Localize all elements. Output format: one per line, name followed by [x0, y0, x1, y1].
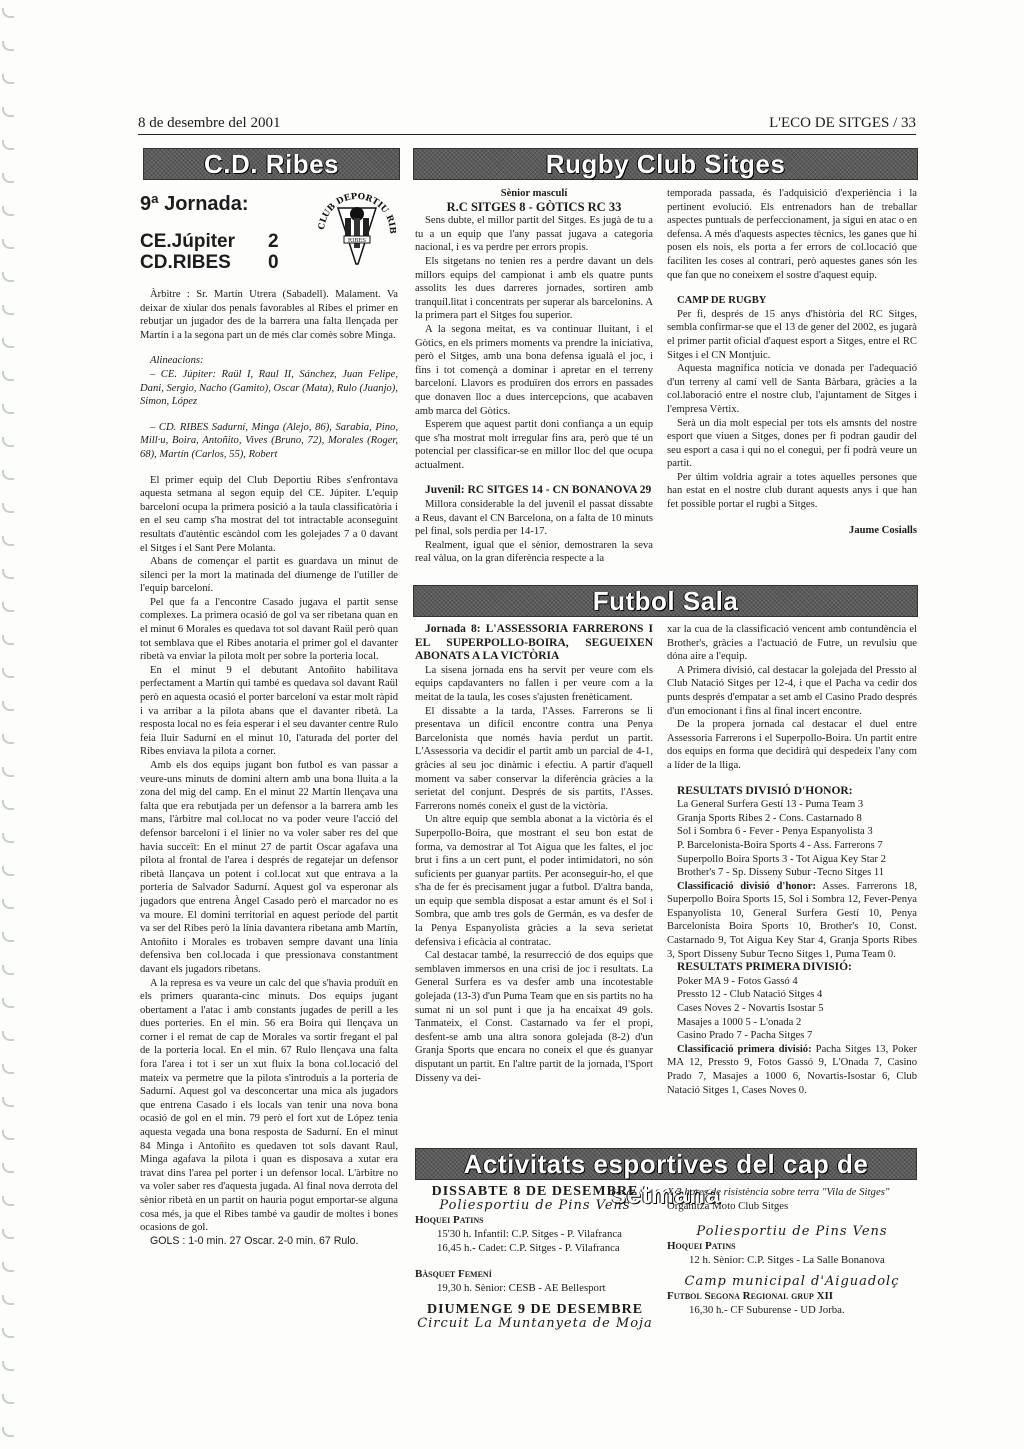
binder-hole [2, 41, 14, 51]
rugby-column-1: Sènior masculí R.C SITGES 8 - GÒTICS RC … [415, 187, 653, 566]
binder-hole [2, 239, 14, 249]
binder-hole [2, 635, 14, 645]
binder-hole [2, 833, 14, 843]
binder-hole [2, 569, 14, 579]
article-paragraph: Realment, igual que el sènior, demostrar… [415, 539, 653, 566]
result-line: Sol i Sombra 6 - Fever - Penya Espanyoli… [667, 825, 917, 839]
result-line: Granja Sports Ribes 2 - Cons. Castarnado… [667, 812, 917, 826]
article-paragraph: Per fi, després de 15 anys d'història de… [667, 308, 917, 362]
binder-hole [2, 668, 14, 678]
sport-label: Futbol Segona Regional grup XII [667, 1289, 917, 1303]
article-paragraph: Sens dubte, el millor partit del Sitges.… [415, 214, 653, 255]
section-banner-rugby: Rugby Club Sitges [413, 148, 918, 180]
binder-hole [2, 338, 14, 348]
senior-label: Sènior masculí [415, 187, 653, 201]
team-name: CE.Júpiter [140, 231, 235, 252]
article-paragraph: Per últim voldria agrair a totes aquelle… [667, 471, 917, 512]
result-line: Masajes a 1000 5 - L'onada 2 [667, 1016, 917, 1030]
sport-label: Hoquei Patins [415, 1213, 655, 1227]
article-paragraph: La sisena jornada ens ha servit per veur… [415, 664, 653, 705]
binder-hole [2, 371, 14, 381]
section-banner-futbol-sala: Futbol Sala [413, 585, 918, 617]
rugby-column-2: temporada passada, és l'adquisició d'exp… [667, 187, 917, 537]
binder-hole [2, 1064, 14, 1074]
sport-label: Bàsquet Femení [415, 1267, 655, 1281]
arbitre-text: Àrbitre : Sr. Martín Utrera (Sabadell). … [140, 288, 398, 342]
binder-hole [2, 1130, 14, 1140]
binder-hole [2, 1427, 14, 1437]
binder-hole [2, 1097, 14, 1107]
primera-results-heading: RESULTATS PRIMERA DIVISIÓ: [667, 961, 917, 975]
binder-hole [2, 1328, 14, 1338]
result-line: Cases Noves 2 - Novartis Isostar 5 [667, 1002, 917, 1016]
jornada-label: 9ª Jornada: [140, 193, 249, 216]
futbol-sala-column-1: Jornada 8: L'ASSESSORIA FARRERONS I EL S… [415, 623, 653, 1085]
lineup-jupiter: – CE. Júpiter: Raül I, Raul II, Sánchez,… [140, 368, 398, 409]
binder-hole [2, 140, 14, 150]
binder-holes [2, 0, 18, 1449]
binder-hole [2, 536, 14, 546]
headline: Jornada 8: L'ASSESSORIA FARRERONS I EL S… [415, 623, 653, 664]
result-line: Pressto 12 - Club Natació Sitges 4 [667, 988, 917, 1002]
binder-hole [2, 470, 14, 480]
publication-page: L'ECO DE SITGES / 33 [769, 115, 916, 132]
team-goals: 0 [268, 252, 279, 274]
camp-heading: CAMP DE RUGBY [667, 294, 917, 308]
gols-summary: GOLS : 1-0 min. 27 Oscar. 2-0 min. 67 Ru… [140, 1235, 398, 1249]
author-byline: Jaume Cosialls [667, 524, 917, 538]
binder-hole [2, 1262, 14, 1272]
activitats-column-1: DISSABTE 8 DE DESEMBRE Poliesportiu de P… [415, 1185, 655, 1331]
running-head: 8 de desembre del 2001 L'ECO DE SITGES /… [138, 112, 916, 135]
binder-hole [2, 1394, 14, 1404]
team-name: CD.RIBES [140, 252, 231, 273]
article-paragraph: En el minut 9 el debutant Antoñito habil… [140, 664, 398, 759]
binder-hole [2, 74, 14, 84]
binder-hole [2, 8, 14, 18]
honor-results-heading: RESULTATS DIVISIÓ D'HONOR: [667, 785, 917, 799]
juvenil-result: Juvenil: RC SITGES 14 - CN BONANOVA 29 [415, 484, 653, 498]
binder-hole [2, 173, 14, 183]
day-heading: DIUMENGE 9 DE DESEMBRE [415, 1303, 655, 1317]
result-line: P. Barcelonista-Boira Sports 4 - Ass. Fa… [667, 839, 917, 853]
article-paragraph: Cal destacar també, la resurrecció de do… [415, 949, 653, 1085]
ribes-article: Àrbitre : Sr. Martín Utrera (Sabadell). … [140, 288, 398, 1248]
binder-hole [2, 1031, 14, 1041]
article-paragraph: Abans de començar el partit es guardava … [140, 555, 398, 596]
binder-hole [2, 701, 14, 711]
article-paragraph: De la propera jornada cal destacar el du… [667, 718, 917, 772]
honor-classification: Classificació divisió d'honor: Asses. Fa… [667, 880, 917, 962]
article-paragraph: temporada passada, és l'adquisició d'exp… [667, 187, 917, 282]
event-organizer: Organitza Moto Club Sitges [667, 1199, 917, 1213]
score-row: CE.Júpiter 2 [140, 231, 235, 253]
binder-hole [2, 866, 14, 876]
club-deportiu-ribes-logo-icon: CLUB DEPORTIU RIBES RIBES [312, 186, 402, 270]
event-line: 15'30 h. Infantil: C.P. Sitges - P. Vila… [415, 1227, 655, 1241]
binder-hole [2, 965, 14, 975]
article-paragraph: Amb els dos equips jugant bon futbol es … [140, 759, 398, 977]
venue-name: Camp municipal d'Aiguadolç [667, 1275, 917, 1289]
binder-hole [2, 998, 14, 1008]
day-heading: DISSABTE 8 DE DESEMBRE [415, 1185, 655, 1199]
article-paragraph: Serà un dia molt especial per tots els a… [667, 417, 917, 471]
binder-hole [2, 899, 14, 909]
section-banner-activitats: Activitats esportives del cap de setmana [415, 1148, 917, 1180]
activitats-column-2: X 3 hores de risistència sobre terra "Vi… [667, 1185, 917, 1317]
event-line: 12 h. Sènior: C.P. Sitges - La Salle Bon… [667, 1253, 917, 1267]
binder-hole [2, 503, 14, 513]
score-row: CD.RIBES 0 [140, 252, 231, 274]
event-line: 16,30 h.- CF Suburense - UD Jorba. [667, 1303, 917, 1317]
result-line: Casino Prado 7 - Pacha Sitges 7 [667, 1029, 917, 1043]
event-line: 16,45 h.- Cadet: C.P. Sitges - P. Vilafr… [415, 1241, 655, 1255]
binder-hole [2, 734, 14, 744]
article-paragraph: El dissabte a la tarda, l'Asses. Farrero… [415, 705, 653, 814]
svg-text:RIBES: RIBES [348, 238, 366, 244]
binder-hole [2, 932, 14, 942]
result-line: Poker MA 9 - Fotos Gassó 4 [667, 975, 917, 989]
lineup-ribes: – CD. RIBES Sadurní, Minga (Alejo, 86), … [140, 421, 398, 462]
binder-hole [2, 272, 14, 282]
article-paragraph: Els sitgetans no tenien res a perdre dav… [415, 255, 653, 323]
article-paragraph: A la represa es va veure un calc del que… [140, 977, 398, 1235]
result-line: La General Surfera Gestí 13 - Puma Team … [667, 798, 917, 812]
result-line: Superpollo Boira Sports 3 - Tot Aigua Ke… [667, 853, 917, 867]
classification-label: Classificació primera divisió: [677, 1044, 812, 1055]
article-paragraph: Pel que fa a l'encontre Casado jugava el… [140, 596, 398, 664]
article-paragraph: Aquesta magnífica notícia ve donada per … [667, 362, 917, 416]
primera-classification: Classificació primera divisió: Pacha Sit… [667, 1043, 917, 1097]
venue-name: Poliesportiu de Pins Vens [667, 1225, 917, 1239]
event-title: X 3 hores de risistència sobre terra "Vi… [667, 1185, 917, 1199]
binder-hole [2, 404, 14, 414]
article-paragraph: A la segona meitat, es va continuar llui… [415, 323, 653, 418]
article-paragraph: A Primera divisió, cal destacar la golej… [667, 664, 917, 718]
binder-hole [2, 1196, 14, 1206]
venue-name: Circuit La Muntanyeta de Moja [415, 1317, 655, 1331]
article-paragraph: xar la cua de la classificació vencent a… [667, 623, 917, 664]
article-paragraph: Millora considerable la del juvenil el p… [415, 498, 653, 539]
binder-hole [2, 602, 14, 612]
result-line: Brother's 7 - Sp. Disseny Subur -Tecno S… [667, 866, 917, 880]
binder-hole [2, 305, 14, 315]
classification-text: Asses. Farrerons 18, Superpollo Boira Sp… [667, 881, 917, 960]
venue-name: Poliesportiu de Pins Vens [415, 1199, 655, 1213]
binder-hole [2, 107, 14, 117]
alineacions-label: Alineacions: [140, 354, 398, 368]
binder-hole [2, 1163, 14, 1173]
senior-result: R.C SITGES 8 - GÒTICS RC 33 [415, 201, 653, 215]
binder-hole [2, 206, 14, 216]
classification-label: Classificació divisió d'honor: [677, 881, 816, 892]
team-goals: 2 [268, 231, 279, 253]
section-banner-cd-ribes: C.D. Ribes [143, 148, 400, 180]
event-line: 19,30 h. Sènior: CESB - AE Bellesport [415, 1281, 655, 1295]
binder-hole [2, 1361, 14, 1371]
issue-date: 8 de desembre del 2001 [138, 115, 280, 132]
binder-hole [2, 1229, 14, 1239]
binder-hole [2, 767, 14, 777]
article-paragraph: Esperem que aquest partit doni confiança… [415, 418, 653, 472]
sport-label: Hoquei Patins [667, 1239, 917, 1253]
article-paragraph: El primer equip del Club Deportiu Ribes … [140, 474, 398, 556]
binder-hole [2, 1295, 14, 1305]
binder-hole [2, 437, 14, 447]
binder-hole [2, 800, 14, 810]
futbol-sala-column-2: xar la cua de la classificació vencent a… [667, 623, 917, 1097]
article-paragraph: Un altre equip que sembla abonat a la vi… [415, 813, 653, 949]
